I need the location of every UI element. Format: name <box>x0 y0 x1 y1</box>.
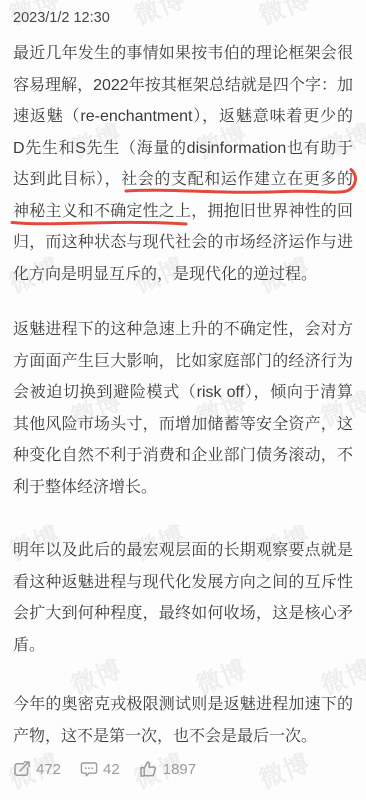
repost-count: 472 <box>36 761 61 778</box>
comment-icon <box>80 761 98 778</box>
repost-icon <box>13 761 31 778</box>
text-line: 会扩大到何种程度，最终如何收场，这是核心矛 <box>13 598 353 630</box>
comment-count: 42 <box>103 761 120 778</box>
text-line: 会被迫切换到避险模式（risk off），倾向于清算 <box>13 377 353 409</box>
comment-button[interactable]: 42 <box>80 761 120 778</box>
thumbs-up-icon <box>139 760 158 778</box>
text-line: 其他风险市场头寸，而增加储蓄等安全资产，这 <box>13 409 353 441</box>
weibo-watermark: 微博 <box>253 0 315 32</box>
like-count: 1897 <box>163 761 196 778</box>
paragraph: 明年以及此后的最宏观层面的长期观察要点就是看这种返魅进程与现代化发展方向之间的互… <box>13 535 353 661</box>
text-line: D先生和S先生（海量的disinformation也有助于 <box>13 133 353 165</box>
weibo-post-screenshot: 2023/1/2 12:30 最近几年发生的事情如果按韦伯的理论框架会很容易理解… <box>0 0 366 800</box>
paragraph: 返魅进程下的这种急速上升的不确定性，会对方方面面产生巨大影响，比如家庭部门的经济… <box>13 314 353 503</box>
text-line: 明年以及此后的最宏观层面的长期观察要点就是 <box>13 535 353 567</box>
text-line: 归，而这种状态与现代社会的市场经济运作与进 <box>13 227 353 259</box>
text-line: 今年的奥密克戎极限测试则是返魅进程加速下的 <box>13 689 353 721</box>
text-line: 速返魅（re-enchantment），返魅意味着更少的 <box>13 101 353 133</box>
paragraph: 最近几年发生的事情如果按韦伯的理论框架会很容易理解，2022年按其框架总结就是四… <box>13 38 353 290</box>
post-timestamp: 2023/1/2 12:30 <box>13 10 110 26</box>
text-line: 神秘主义和不确定性之上，拥抱旧世界神性的回 <box>13 196 353 228</box>
text-line: 方面面产生巨大影响，比如家庭部门的经济行为 <box>13 346 353 378</box>
text-line: 返魅进程下的这种急速上升的不确定性，会对方 <box>13 314 353 346</box>
text-line: 盾。 <box>13 630 353 662</box>
repost-button[interactable]: 472 <box>13 761 61 778</box>
text-line: 最近几年发生的事情如果按韦伯的理论框架会很 <box>13 38 353 70</box>
text-line: 产物，这不是第一次，也不会是最后一次。 <box>13 721 353 753</box>
text-line: 化方向是明显互斥的，是现代化的逆过程。 <box>13 259 353 291</box>
text-line: 看这种返魅进程与现代化发展方向之间的互斥性 <box>13 567 353 599</box>
text-line: 容易理解，2022年按其框架总结就是四个字：加 <box>13 70 353 102</box>
weibo-watermark: 微博 <box>128 0 190 32</box>
action-bar: 472 42 1897 <box>13 760 196 778</box>
text-line: 种变化自然不利于消费和企业部门债务滚动，不 <box>13 440 353 472</box>
post-content: 最近几年发生的事情如果按韦伯的理论框架会很容易理解，2022年按其框架总结就是四… <box>13 38 353 752</box>
text-line: 达到此目标），社会的支配和运作建立在更多的 <box>13 164 353 196</box>
like-button[interactable]: 1897 <box>139 760 196 778</box>
paragraph: 今年的奥密克戎极限测试则是返魅进程加速下的产物，这不是第一次，也不会是最后一次。 <box>13 689 353 752</box>
text-line: 利于整体经济增长。 <box>13 472 353 504</box>
